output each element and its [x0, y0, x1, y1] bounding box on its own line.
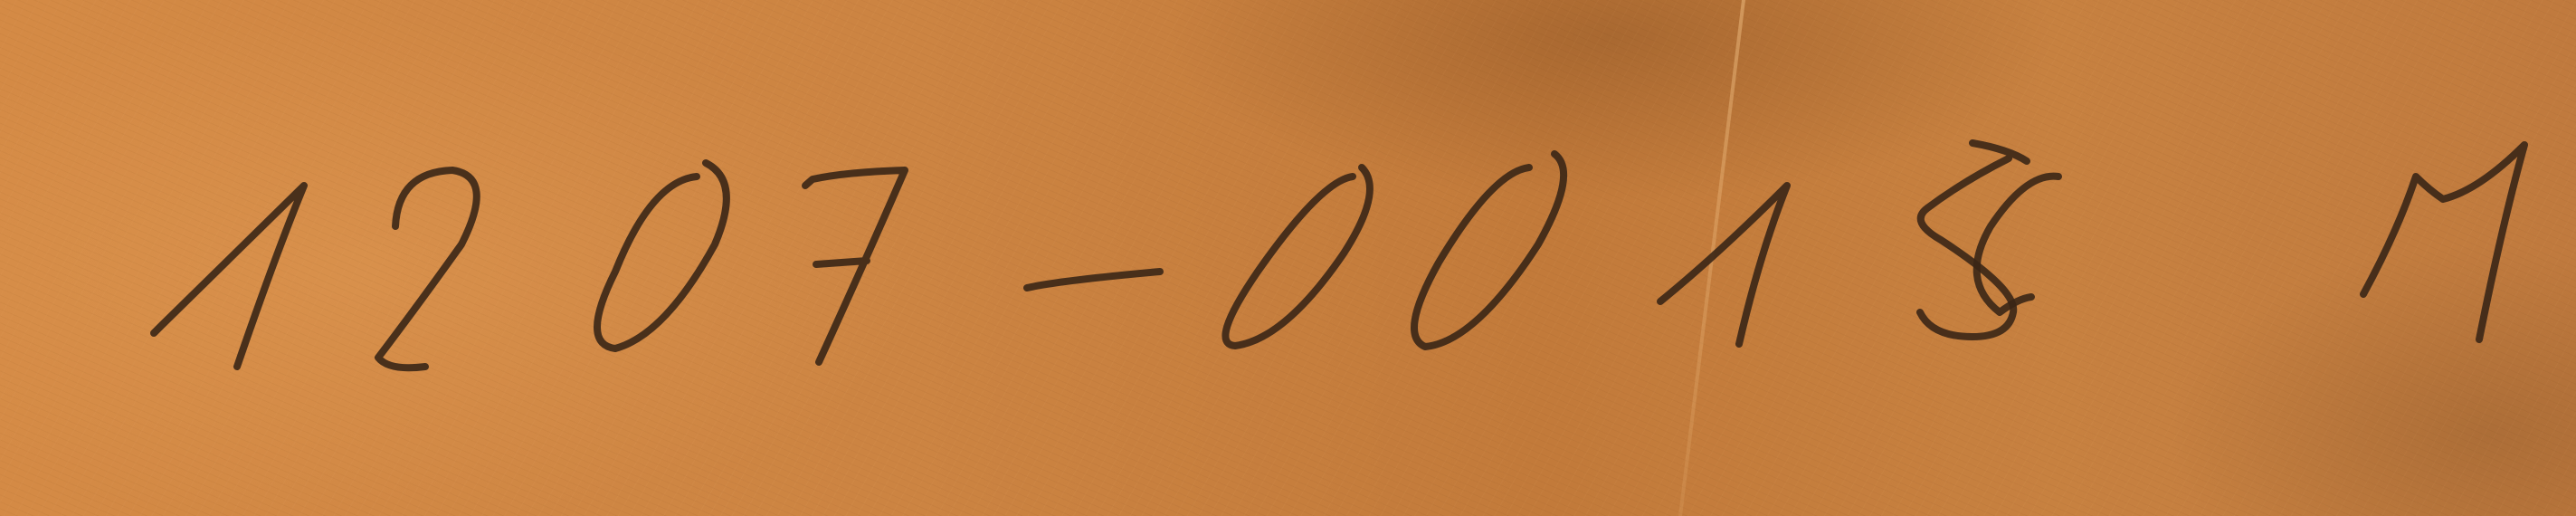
glyph-1	[154, 186, 304, 367]
glyph-dash	[1027, 272, 1160, 288]
handwritten-label	[0, 0, 2576, 516]
glyph-0c	[1414, 154, 1564, 347]
glyph-C	[1977, 177, 2058, 312]
glyph-2	[378, 170, 477, 368]
glyph-0b	[1225, 167, 1370, 346]
glyph-7	[805, 170, 905, 362]
glyph-M	[2363, 145, 2524, 339]
kraft-paper-background: 1207-0015 CM	[0, 0, 2576, 516]
glyph-1b	[1660, 186, 1787, 344]
glyph-0a	[597, 163, 727, 349]
